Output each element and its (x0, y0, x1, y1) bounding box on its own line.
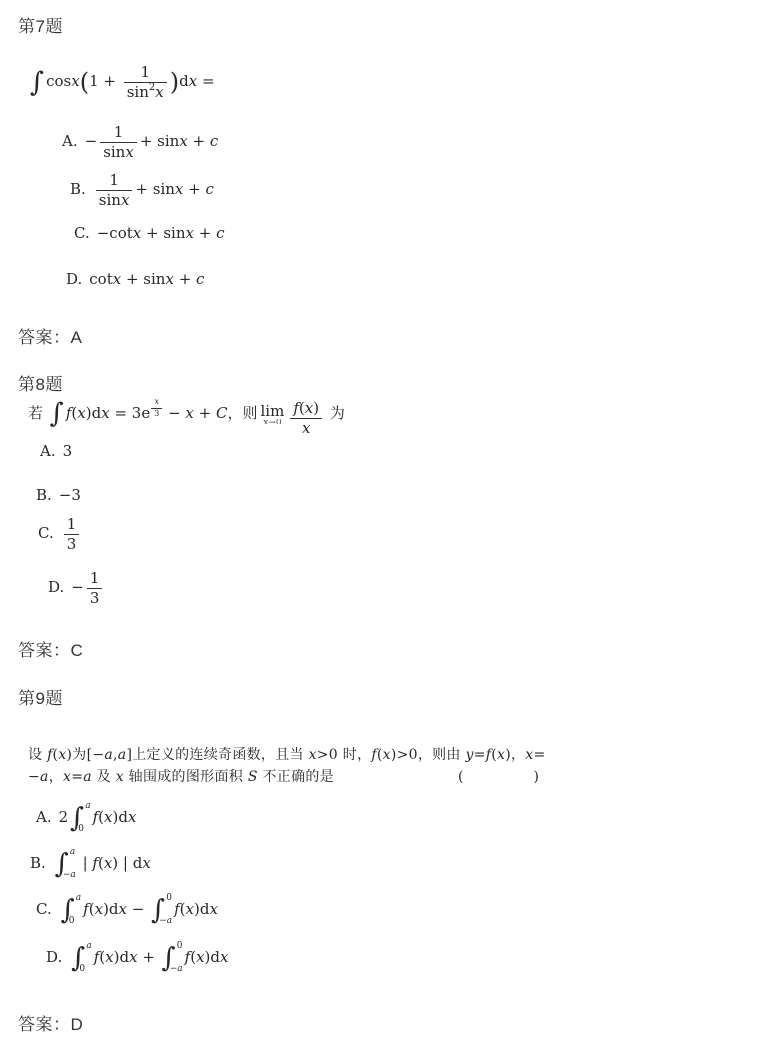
math-token: a (85, 802, 90, 811)
option-row: B.∫a−a | f(x) | dx (30, 848, 151, 880)
math-token: 3 (151, 408, 162, 419)
math-token: 3 (87, 588, 103, 607)
math-token: x (121, 191, 129, 209)
math-token: f(x)x (290, 400, 322, 436)
math-token: c (216, 224, 224, 242)
math-token: x (128, 808, 136, 826)
option-label: B. (36, 486, 52, 504)
math-token: + (174, 270, 196, 288)
math-token: a (83, 769, 92, 785)
integral-sign: ∫a−a (55, 848, 76, 880)
math-token: ∫ (30, 67, 44, 98)
math-token: y (465, 747, 473, 763)
math-token: 0 (78, 824, 84, 834)
math-token: sinx (100, 142, 137, 161)
option-label: B. (30, 854, 46, 872)
math-token: f(x) (290, 400, 322, 418)
option-row: C.−cotx + sinx + c (74, 224, 224, 242)
math-token: )d (113, 808, 128, 826)
math-token: x (142, 854, 150, 872)
math-token: >0 时， (317, 747, 372, 763)
math-token: c (210, 132, 218, 150)
math-token: x (155, 398, 160, 406)
math-token: x (196, 948, 204, 966)
option-math: 3 (63, 442, 73, 460)
math-token: + sin (140, 132, 180, 150)
answer-bracket: ( ) (458, 766, 567, 788)
math-token: ( (80, 68, 89, 96)
math-token: + (138, 948, 160, 966)
math-token: x (186, 900, 194, 918)
math-token: )为[− (67, 747, 105, 763)
question9-stem-line1: 设 f(x)为[−a,a]上定义的连续奇函数，且当 x>0 时，f(x)>0，则… (28, 744, 548, 766)
option-math: ∫a0f(x)dx + ∫0−af(x)dx (69, 948, 228, 966)
option-math: 1sinx+ sinx + c (93, 180, 214, 198)
math-token: = (71, 769, 83, 785)
math-token: −a (63, 871, 76, 880)
math-token: x (104, 808, 112, 826)
math-token: 1sin2x (124, 64, 167, 100)
option-label: D. (48, 578, 64, 596)
option-row: C.13 (38, 516, 82, 552)
integral-sign: ∫0−a (151, 894, 172, 926)
exam-page: 第7题 ∫cosx(1 + 1sin2x)dx = A.−1sinx+ sinx… (0, 0, 783, 1048)
math-token: 1 (124, 64, 167, 82)
option-row: B.1sinx+ sinx + c (70, 172, 214, 208)
integral-sign: ∫ (30, 69, 44, 96)
math-token: 及 (92, 769, 116, 785)
math-token: x3 (150, 403, 163, 414)
math-token: ) (313, 399, 319, 417)
option-math: ∫a−a | f(x) | dx (53, 854, 151, 872)
option-row: A.−1sinx+ sinx + c (62, 124, 218, 160)
math-token: 1 (114, 123, 124, 141)
math-token: x (113, 270, 121, 288)
math-token: 1 (140, 63, 150, 81)
math-token: + (194, 224, 216, 242)
math-token: + sin (141, 224, 185, 242)
math-token: 3 (64, 534, 80, 553)
math-token: a (76, 893, 81, 903)
math-token: 轴围成的图形面积 (124, 769, 248, 785)
math-token: ]上定义的连续奇函数，且当 (126, 747, 308, 763)
math-token: 0 (166, 894, 172, 903)
option-label: A. (36, 808, 52, 826)
math-token: − (163, 404, 185, 422)
math-token: x (101, 404, 109, 422)
math-token: x (104, 854, 112, 872)
math-token: a0 (85, 802, 90, 834)
option-row: C.∫a0f(x)dx − ∫0−af(x)dx (36, 894, 218, 926)
math-token: 0−a (166, 894, 172, 926)
math-token: x (209, 900, 217, 918)
math-token: x (497, 747, 505, 763)
math-token: 1sinx (100, 124, 137, 160)
option-label: C. (36, 900, 52, 918)
math-token: x (185, 224, 193, 242)
math-token: 1 (90, 569, 100, 587)
math-token: x (309, 747, 317, 763)
math-token: a (70, 848, 76, 857)
math-token: d (179, 72, 189, 90)
math-token: a (167, 916, 172, 926)
math-token: sin (103, 143, 125, 161)
option-label: D. (46, 948, 62, 966)
math-token: x (383, 747, 391, 763)
math-token: + (183, 180, 205, 198)
math-token: ， (49, 769, 63, 785)
math-token: 1 (109, 171, 119, 189)
limit-operator: limx→0 (261, 404, 285, 424)
option-math: −cotx + sinx + c (97, 224, 225, 242)
math-token: − (159, 916, 167, 926)
question8-stem: 若 ∫f(x)dx = 3ex3 − x + C，则limx→0f(x)x 为 (28, 398, 345, 440)
question9-options: A.2∫a0f(x)dxB.∫a−a | f(x) | dxC.∫a0f(x)d… (14, 800, 464, 1000)
math-token: 13 (87, 570, 103, 606)
math-token: sinx (96, 190, 133, 209)
math-token: 0 (69, 917, 81, 926)
math-token: | (78, 854, 93, 872)
math-token: − (127, 900, 149, 918)
question9-stem: 设 f(x)为[−a,a]上定义的连续奇函数，且当 x>0 时，f(x)>0，则… (28, 744, 548, 788)
math-token: 不正确的是 (258, 769, 334, 785)
math-token: x (179, 132, 187, 150)
math-token: + sin (135, 180, 175, 198)
math-token: 3 (154, 409, 159, 418)
option-math: −1sinx+ sinx + c (85, 132, 219, 150)
math-token: ，则 (227, 404, 257, 422)
math-token: x→0 (261, 419, 285, 424)
math-token: a (70, 870, 75, 880)
math-token: 0−a (177, 942, 183, 974)
math-token: x (220, 948, 228, 966)
math-token: a (86, 941, 91, 951)
math-token: cot (89, 270, 112, 288)
option-label: A. (40, 442, 56, 460)
option-label: B. (70, 180, 86, 198)
math-token: 0 (79, 965, 91, 974)
math-token: lim (261, 404, 285, 419)
math-token: 3 (90, 589, 100, 607)
math-token: 设 (28, 747, 47, 763)
question9-title: 第9题 (18, 684, 63, 709)
option-label: A. (62, 132, 78, 150)
integral-sign: ∫a0 (71, 942, 91, 974)
math-token: a0 (76, 894, 81, 926)
math-token: 1 (87, 570, 103, 588)
math-token: x (71, 72, 79, 90)
option-label: C. (74, 224, 90, 242)
math-token: x (116, 769, 124, 785)
math-token: 0 (166, 893, 172, 903)
math-token: 1 (96, 172, 133, 190)
math-token: = (533, 747, 545, 763)
math-token: + sin (121, 270, 165, 288)
math-token: a (40, 769, 49, 785)
math-token: x (133, 224, 141, 242)
math-token: 3 (63, 442, 73, 460)
math-token: )d (114, 948, 129, 966)
math-token: x (77, 404, 85, 422)
math-token: −cot (97, 224, 133, 242)
option-math: −3 (59, 486, 81, 504)
math-token: )d (194, 900, 209, 918)
math-token: x (95, 900, 103, 918)
math-token: a (85, 801, 90, 811)
math-token: = 3e (110, 404, 151, 422)
math-token: )>0，则由 (391, 747, 466, 763)
math-token: 3 (67, 535, 77, 553)
question7-answer: 答案：A (18, 323, 82, 348)
option-row: D.−13 (48, 570, 105, 606)
math-token: cos (46, 72, 71, 90)
math-token: a−a (70, 848, 76, 880)
math-token: a (177, 964, 182, 974)
math-token: 2 (59, 808, 69, 826)
math-token: −a (170, 965, 183, 974)
question7-options: A.−1sinx+ sinx + cB.1sinx+ sinx + cC.−co… (40, 120, 440, 300)
math-token: = (197, 72, 214, 90)
math-token: 13 (64, 516, 80, 552)
math-token: a (76, 894, 81, 903)
math-token: x (185, 404, 193, 422)
math-token: 1sinx (96, 172, 133, 208)
option-label: C. (38, 524, 54, 542)
option-row: B.−3 (36, 486, 81, 504)
math-token: x (189, 72, 197, 90)
math-token: + (194, 404, 216, 422)
math-token: 0 (177, 941, 183, 951)
math-token: x (290, 418, 322, 437)
math-token: x (58, 747, 66, 763)
math-token: 若 (28, 404, 48, 422)
math-token: 1 (67, 515, 77, 533)
math-token: sin (99, 191, 121, 209)
option-row: D.∫a0f(x)dx + ∫0−af(x)dx (46, 942, 228, 974)
math-token: ) | d (112, 854, 142, 872)
math-token: c (196, 270, 204, 288)
math-token: = (474, 747, 486, 763)
math-token: x (119, 900, 127, 918)
option-row: A.3 (40, 442, 72, 460)
math-token: 0 (79, 964, 85, 974)
question9-answer: 答案：D (18, 1010, 83, 1035)
math-token: a (70, 847, 75, 857)
math-token: a0 (86, 942, 91, 974)
math-token: −a (159, 917, 172, 926)
option-math: −13 (71, 578, 105, 596)
math-token: a (104, 747, 113, 763)
option-math: cotx + sinx + c (89, 270, 204, 288)
math-token: 1 (64, 516, 80, 534)
integral-sign: ∫ (50, 400, 64, 427)
math-token: x (125, 143, 133, 161)
integral-sign: ∫a0 (70, 802, 90, 834)
option-math: ∫a0f(x)dx − ∫0−af(x)dx (59, 900, 218, 918)
math-token: C (216, 404, 227, 422)
math-token: )d (205, 948, 220, 966)
math-token: 0 (78, 825, 90, 834)
option-row: A.2∫a0f(x)dx (36, 802, 136, 834)
math-token: x (151, 398, 162, 408)
math-token: S (248, 769, 258, 785)
math-token: 0 (177, 942, 183, 951)
math-token: − (71, 578, 84, 596)
math-token: x (165, 270, 173, 288)
option-row: D.cotx + sinx + c (66, 270, 204, 288)
math-token: x3 (151, 398, 162, 419)
math-token: c (206, 180, 214, 198)
math-token: )d (86, 404, 101, 422)
math-token: sin (127, 83, 149, 101)
integral-sign: ∫0−a (162, 942, 183, 974)
math-token: − (28, 769, 40, 785)
option-math: 13 (61, 524, 83, 542)
integral-sign: ∫a0 (61, 894, 81, 926)
math-token: x (105, 948, 113, 966)
question7-stem: ∫cosx(1 + 1sin2x)dx = (28, 64, 215, 100)
math-token: x (129, 948, 137, 966)
question7-title: 第7题 (18, 12, 63, 37)
math-token: x (305, 399, 313, 417)
math-token: )d (103, 900, 118, 918)
math-token: 0 (69, 916, 75, 926)
math-token: 1 + (89, 72, 121, 90)
math-token: 为 (325, 404, 345, 422)
math-token: ) (170, 68, 179, 96)
math-token: − (85, 132, 98, 150)
math-token: x (302, 419, 310, 437)
math-token: 1 (100, 124, 137, 142)
question8-title: 第8题 (18, 370, 63, 395)
math-token: x (155, 83, 163, 101)
question8-answer: 答案：C (18, 636, 83, 661)
question8-options: A.3B.−3C.13D.−13 (14, 440, 314, 620)
math-token: )， (505, 747, 525, 763)
option-label: D. (66, 270, 82, 288)
math-token: + (188, 132, 210, 150)
math-token: −3 (59, 486, 81, 504)
math-token: ∫ (50, 398, 64, 429)
option-math: 2∫a0f(x)dx (59, 808, 137, 826)
math-token: sin2x (124, 82, 167, 101)
math-token: x (63, 769, 71, 785)
math-token: a (86, 942, 91, 951)
